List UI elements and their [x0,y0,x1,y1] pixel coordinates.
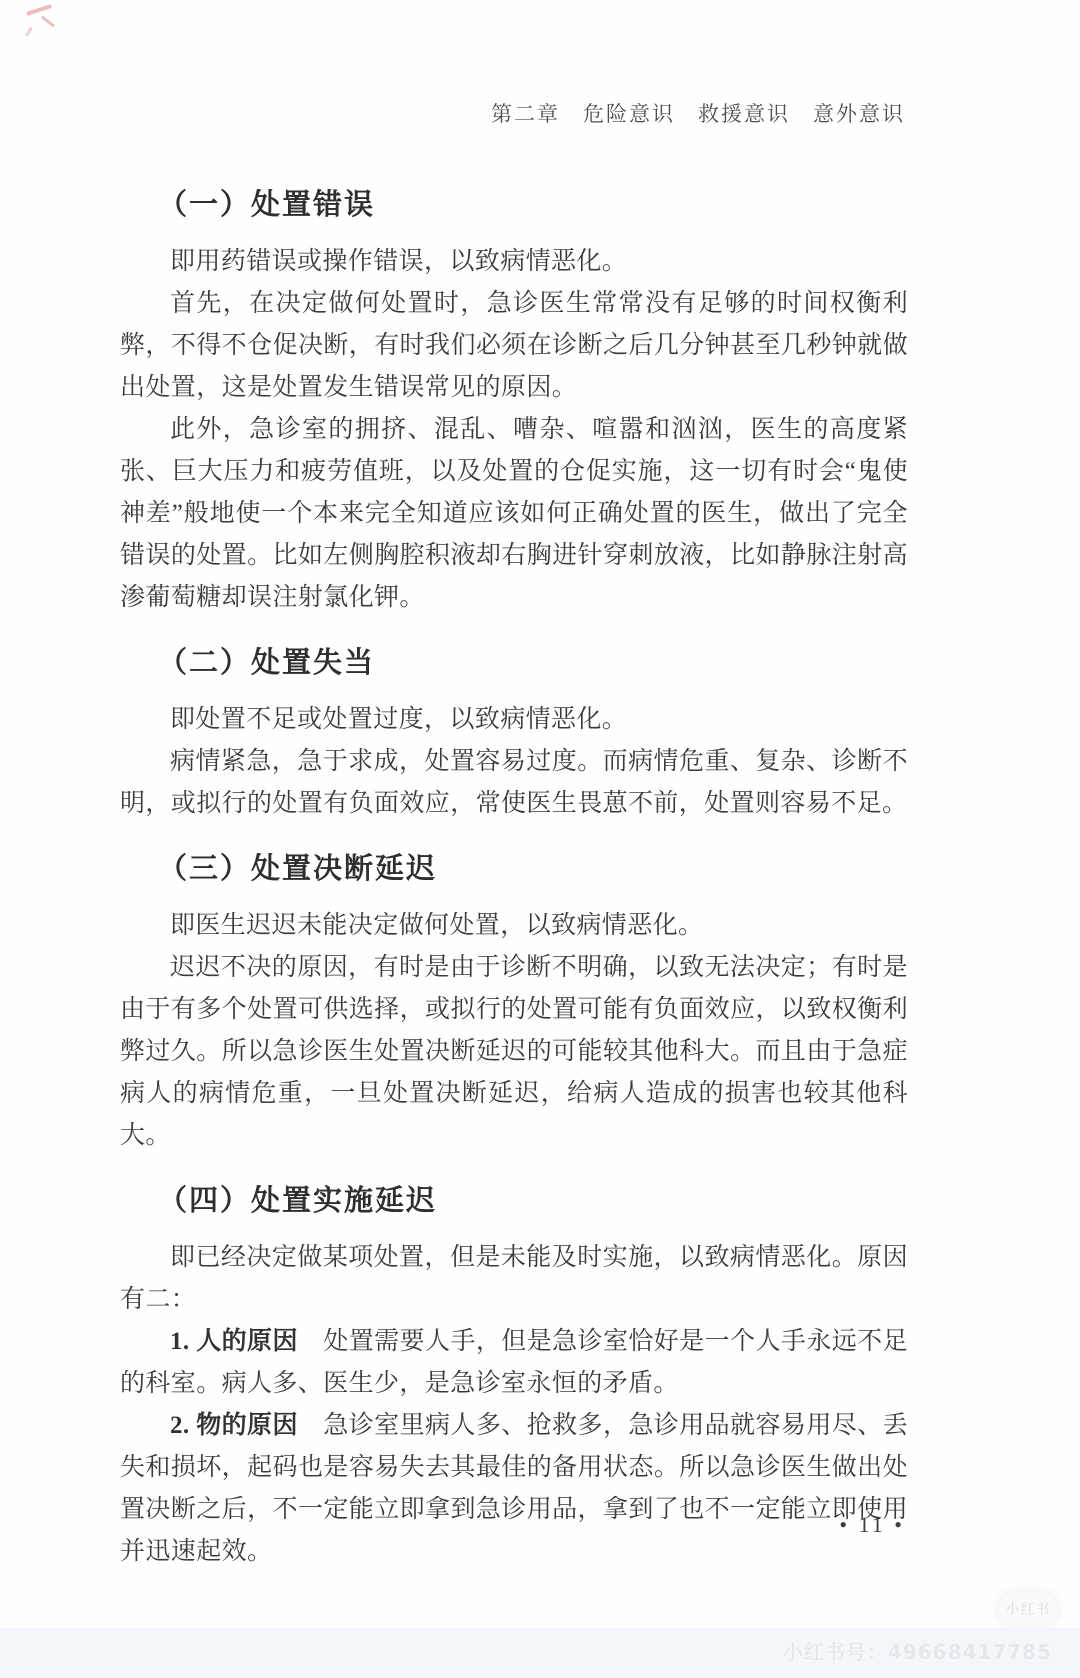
body-paragraph: 即医生迟迟未能决定做何处置，以致病情恶化。 [120,905,908,947]
numbered-item-label: 2. 物的原因 [170,1412,298,1439]
body-paragraph: 迟迟不决的原因，有时是由于诊断不明确，以致无法决定；有时是由于有多个处置可供选择… [120,947,908,1157]
red-pen-mark [26,4,52,16]
section-implementation-delay: （四）处置实施延迟 即已经决定做某项处置，但是未能及时实施，以致病情恶化。原因有… [120,1181,908,1573]
numbered-paragraph: 2. 物的原因 急诊室里病人多、抢救多，急诊用品就容易用尽、丢失和损坏，起码也是… [120,1405,908,1573]
watermark-id-text: 小红书号：49668417785 [783,1636,1052,1665]
section-heading: （二）处置失当 [158,643,908,681]
section-heading: （四）处置实施延迟 [158,1181,908,1219]
xiaohongshu-logo-text: 小红书 [1006,1599,1051,1619]
book-page: { "page": { "header": "第二章 危险意识 救援意识 意外意… [0,0,1080,1678]
section-decision-delay: （三）处置决断延迟 即医生迟迟未能决定做何处置，以致病情恶化。 迟迟不决的原因，… [120,849,908,1157]
body-paragraph: 即处置不足或处置过度，以致病情恶化。 [120,699,908,741]
body-paragraph: 此外，急诊室的拥挤、混乱、嘈杂、喧嚣和汹汹，医生的高度紧张、巨大压力和疲劳值班，… [120,409,908,619]
body-paragraph: 病情紧急，急于求成，处置容易过度。而病情危重、复杂、诊断不明，或拟行的处置有负面… [120,741,908,825]
chapter-running-head: 第二章 危险意识 救援意识 意外意识 [491,98,905,128]
section-heading: （三）处置决断延迟 [158,849,908,887]
body-paragraph: 首先，在决定做何处置时，急诊医生常常没有足够的时间权衡利弊，不得不仓促决断，有时… [120,283,908,409]
page-content: （一）处置错误 即用药错误或操作错误，以致病情恶化。 首先，在决定做何处置时，急… [120,185,908,1573]
xiaohongshu-badge: 小红书 [998,1591,1058,1627]
body-paragraph: 即已经决定做某项处置，但是未能及时实施，以致病情恶化。原因有二： [120,1237,908,1321]
numbered-paragraph: 1. 人的原因 处置需要人手，但是急诊室恰好是一个人手永远不足的科室。病人多、医… [120,1321,908,1405]
red-pen-mark [41,15,55,27]
section-treatment-improper: （二）处置失当 即处置不足或处置过度，以致病情恶化。 病情紧急，急于求成，处置容… [120,643,908,825]
section-treatment-error: （一）处置错误 即用药错误或操作错误，以致病情恶化。 首先，在决定做何处置时，急… [120,185,908,619]
numbered-item-label: 1. 人的原因 [170,1328,298,1355]
red-pen-mark [25,26,33,36]
section-heading: （一）处置错误 [158,185,908,223]
body-paragraph: 即用药错误或操作错误，以致病情恶化。 [120,241,908,283]
page-number: • 11 • [839,1512,905,1538]
